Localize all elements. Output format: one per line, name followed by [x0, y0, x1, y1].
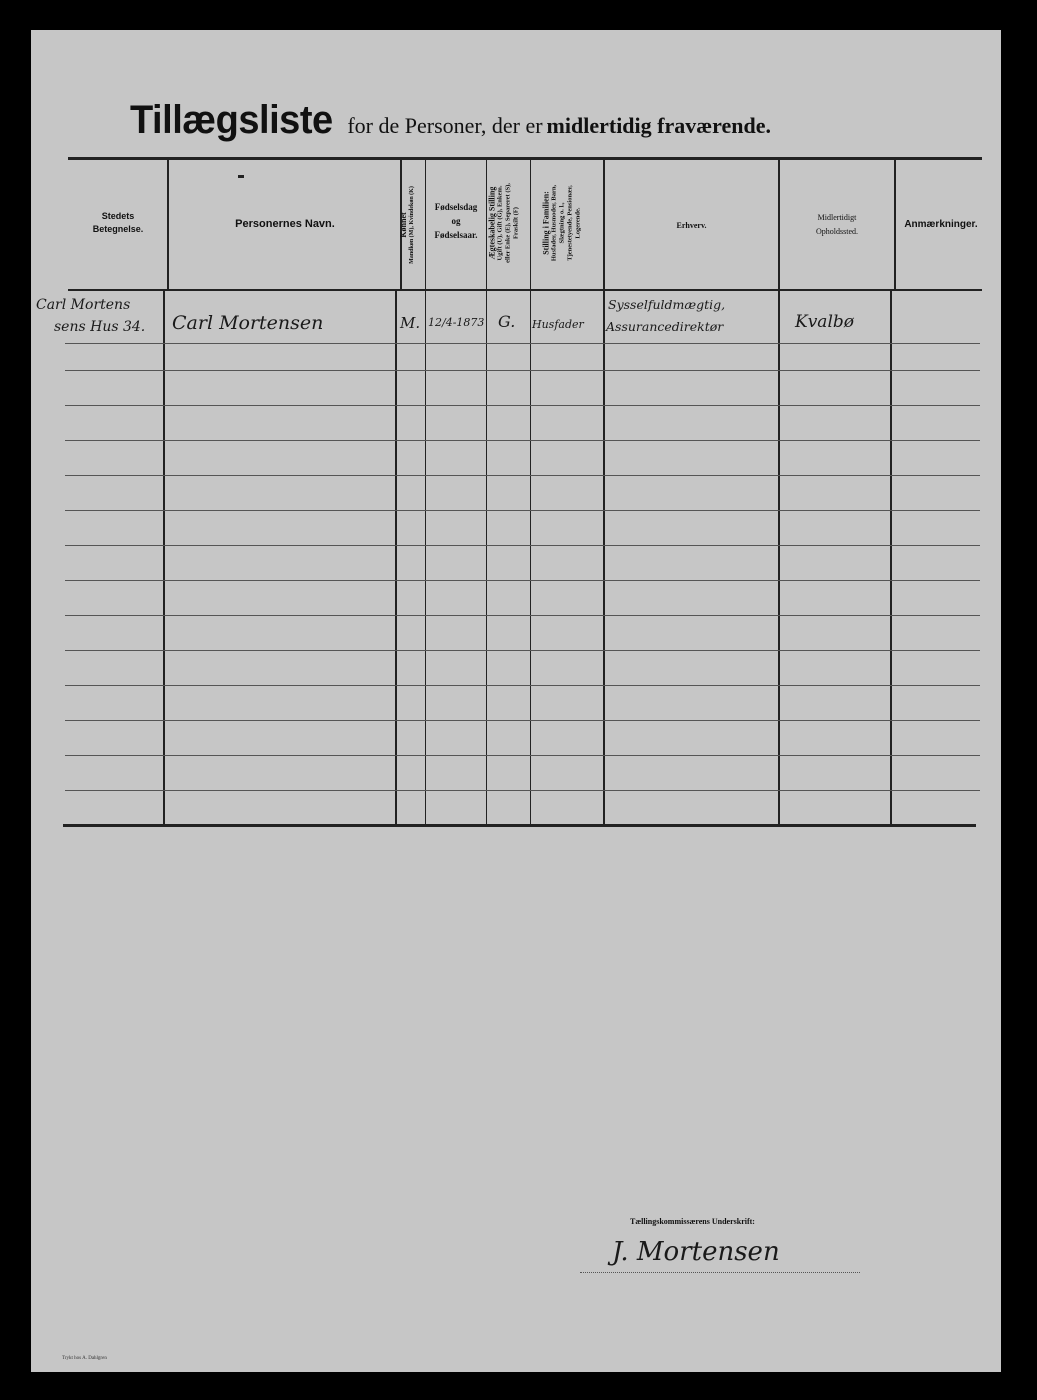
- header-text: Tjenestetyende, Pensionær,: [567, 161, 575, 286]
- header-text: Kønnet: [400, 162, 408, 288]
- header-text: Fraskilt (F): [513, 161, 521, 286]
- cell-navn: Carl Mortensen: [172, 312, 323, 334]
- row-rule: [65, 720, 980, 721]
- form-title: Tillægsliste for de Personer, der er mid…: [130, 98, 771, 143]
- cell-aegteskab: G.: [498, 312, 515, 331]
- header-text: Ægteskabelig Stilling: [489, 161, 497, 286]
- header-text: Mandkøn (M), Kvindekøn (K): [408, 162, 416, 288]
- row-rule: [65, 343, 980, 344]
- header-text: Stedets: [70, 210, 166, 223]
- signature-label: Tællingskommissærens Underskrift:: [630, 1217, 755, 1226]
- row-rule: [65, 790, 980, 791]
- row-rule: [65, 475, 980, 476]
- cell-erhverv: Sysselfuldmægtig, Assurancedirektør: [606, 294, 725, 338]
- row-rule: [65, 580, 980, 581]
- col-divider: [167, 160, 169, 290]
- header-text: Midlertidigt: [780, 211, 894, 225]
- header-text: eller Enke (E), Separeret (S),: [505, 161, 513, 286]
- col-divider: [603, 160, 605, 825]
- header-text: Stilling i Familien:: [543, 161, 551, 286]
- row-rule: [65, 545, 980, 546]
- title-sub-1: for de Personer, der er: [347, 113, 542, 138]
- col-divider: [530, 160, 531, 825]
- row-rule: [65, 440, 980, 441]
- cell-kjonnet: M.: [400, 314, 420, 332]
- header-stedets-betegnelse: Stedets Betegnelse.: [70, 210, 166, 236]
- header-fodsel: Fødselsdag og Fødselsaar.: [426, 200, 486, 242]
- header-text: Slægtning o. l.,: [559, 161, 567, 286]
- row-rule: [65, 405, 980, 406]
- cell-fodsel: 12/4-1873: [428, 316, 484, 329]
- header-text: og: [426, 214, 486, 228]
- dash-mark: [238, 175, 244, 178]
- header-text: Fødselsdag: [426, 200, 486, 214]
- header-text: Betegnelse.: [70, 223, 166, 236]
- header-erhverv: Erhverv.: [605, 221, 778, 230]
- header-bottom-rule: [68, 289, 982, 291]
- title-sub-2: midlertidig fraværende.: [547, 113, 771, 138]
- header-text: Husfader, Husmoder, Barn,: [551, 161, 559, 286]
- printer-mark: Trykt hos A. Dahlgren: [62, 1356, 107, 1361]
- cell-text: Assurancedirektør: [606, 316, 725, 338]
- header-personernes-navn: Personernes Navn.: [170, 218, 400, 230]
- header-kjonnet: Kønnet Mandkøn (M), Kvindekøn (K): [400, 162, 422, 288]
- title-main: Tillægsliste: [130, 98, 333, 143]
- cell-text: Carl Mortens: [36, 294, 145, 316]
- signature-line: [580, 1272, 860, 1273]
- row-rule: [65, 510, 980, 511]
- header-stilling-familien: Stilling i Familien: Husfader, Husmoder,…: [543, 161, 593, 286]
- signature-value: J. Mortensen: [612, 1237, 780, 1267]
- row-rule: [65, 755, 980, 756]
- col-divider: [486, 160, 487, 825]
- row-rule: [65, 650, 980, 651]
- header-text: Logerende.: [575, 161, 583, 286]
- header-text: Ugift (U), Gift (G), Enkem.: [497, 161, 505, 286]
- header-aegteskab: Ægteskabelig Stilling Ugift (U), Gift (G…: [489, 161, 529, 286]
- header-opholdssted: Midlertidigt Opholdssted.: [780, 211, 894, 239]
- cell-text: sens Hus 34.: [36, 316, 145, 338]
- row-rule: [65, 685, 980, 686]
- cell-stedets-betegnelse: Carl Mortens sens Hus 34.: [36, 294, 145, 338]
- header-anmaerkninger: Anmærkninger.: [895, 219, 987, 230]
- header-text: Fødselsaar.: [426, 228, 486, 242]
- col-divider: [425, 160, 426, 825]
- table-bottom-rule: [63, 824, 976, 827]
- header-text: Opholdssted.: [780, 225, 894, 239]
- row-rule: [65, 370, 980, 371]
- cell-text: Sysselfuldmægtig,: [606, 294, 725, 316]
- cell-opholdssted: Kvalbø: [795, 312, 854, 332]
- col-divider: [778, 160, 780, 825]
- cell-stilling-familien: Husfader: [532, 318, 584, 331]
- row-rule: [65, 615, 980, 616]
